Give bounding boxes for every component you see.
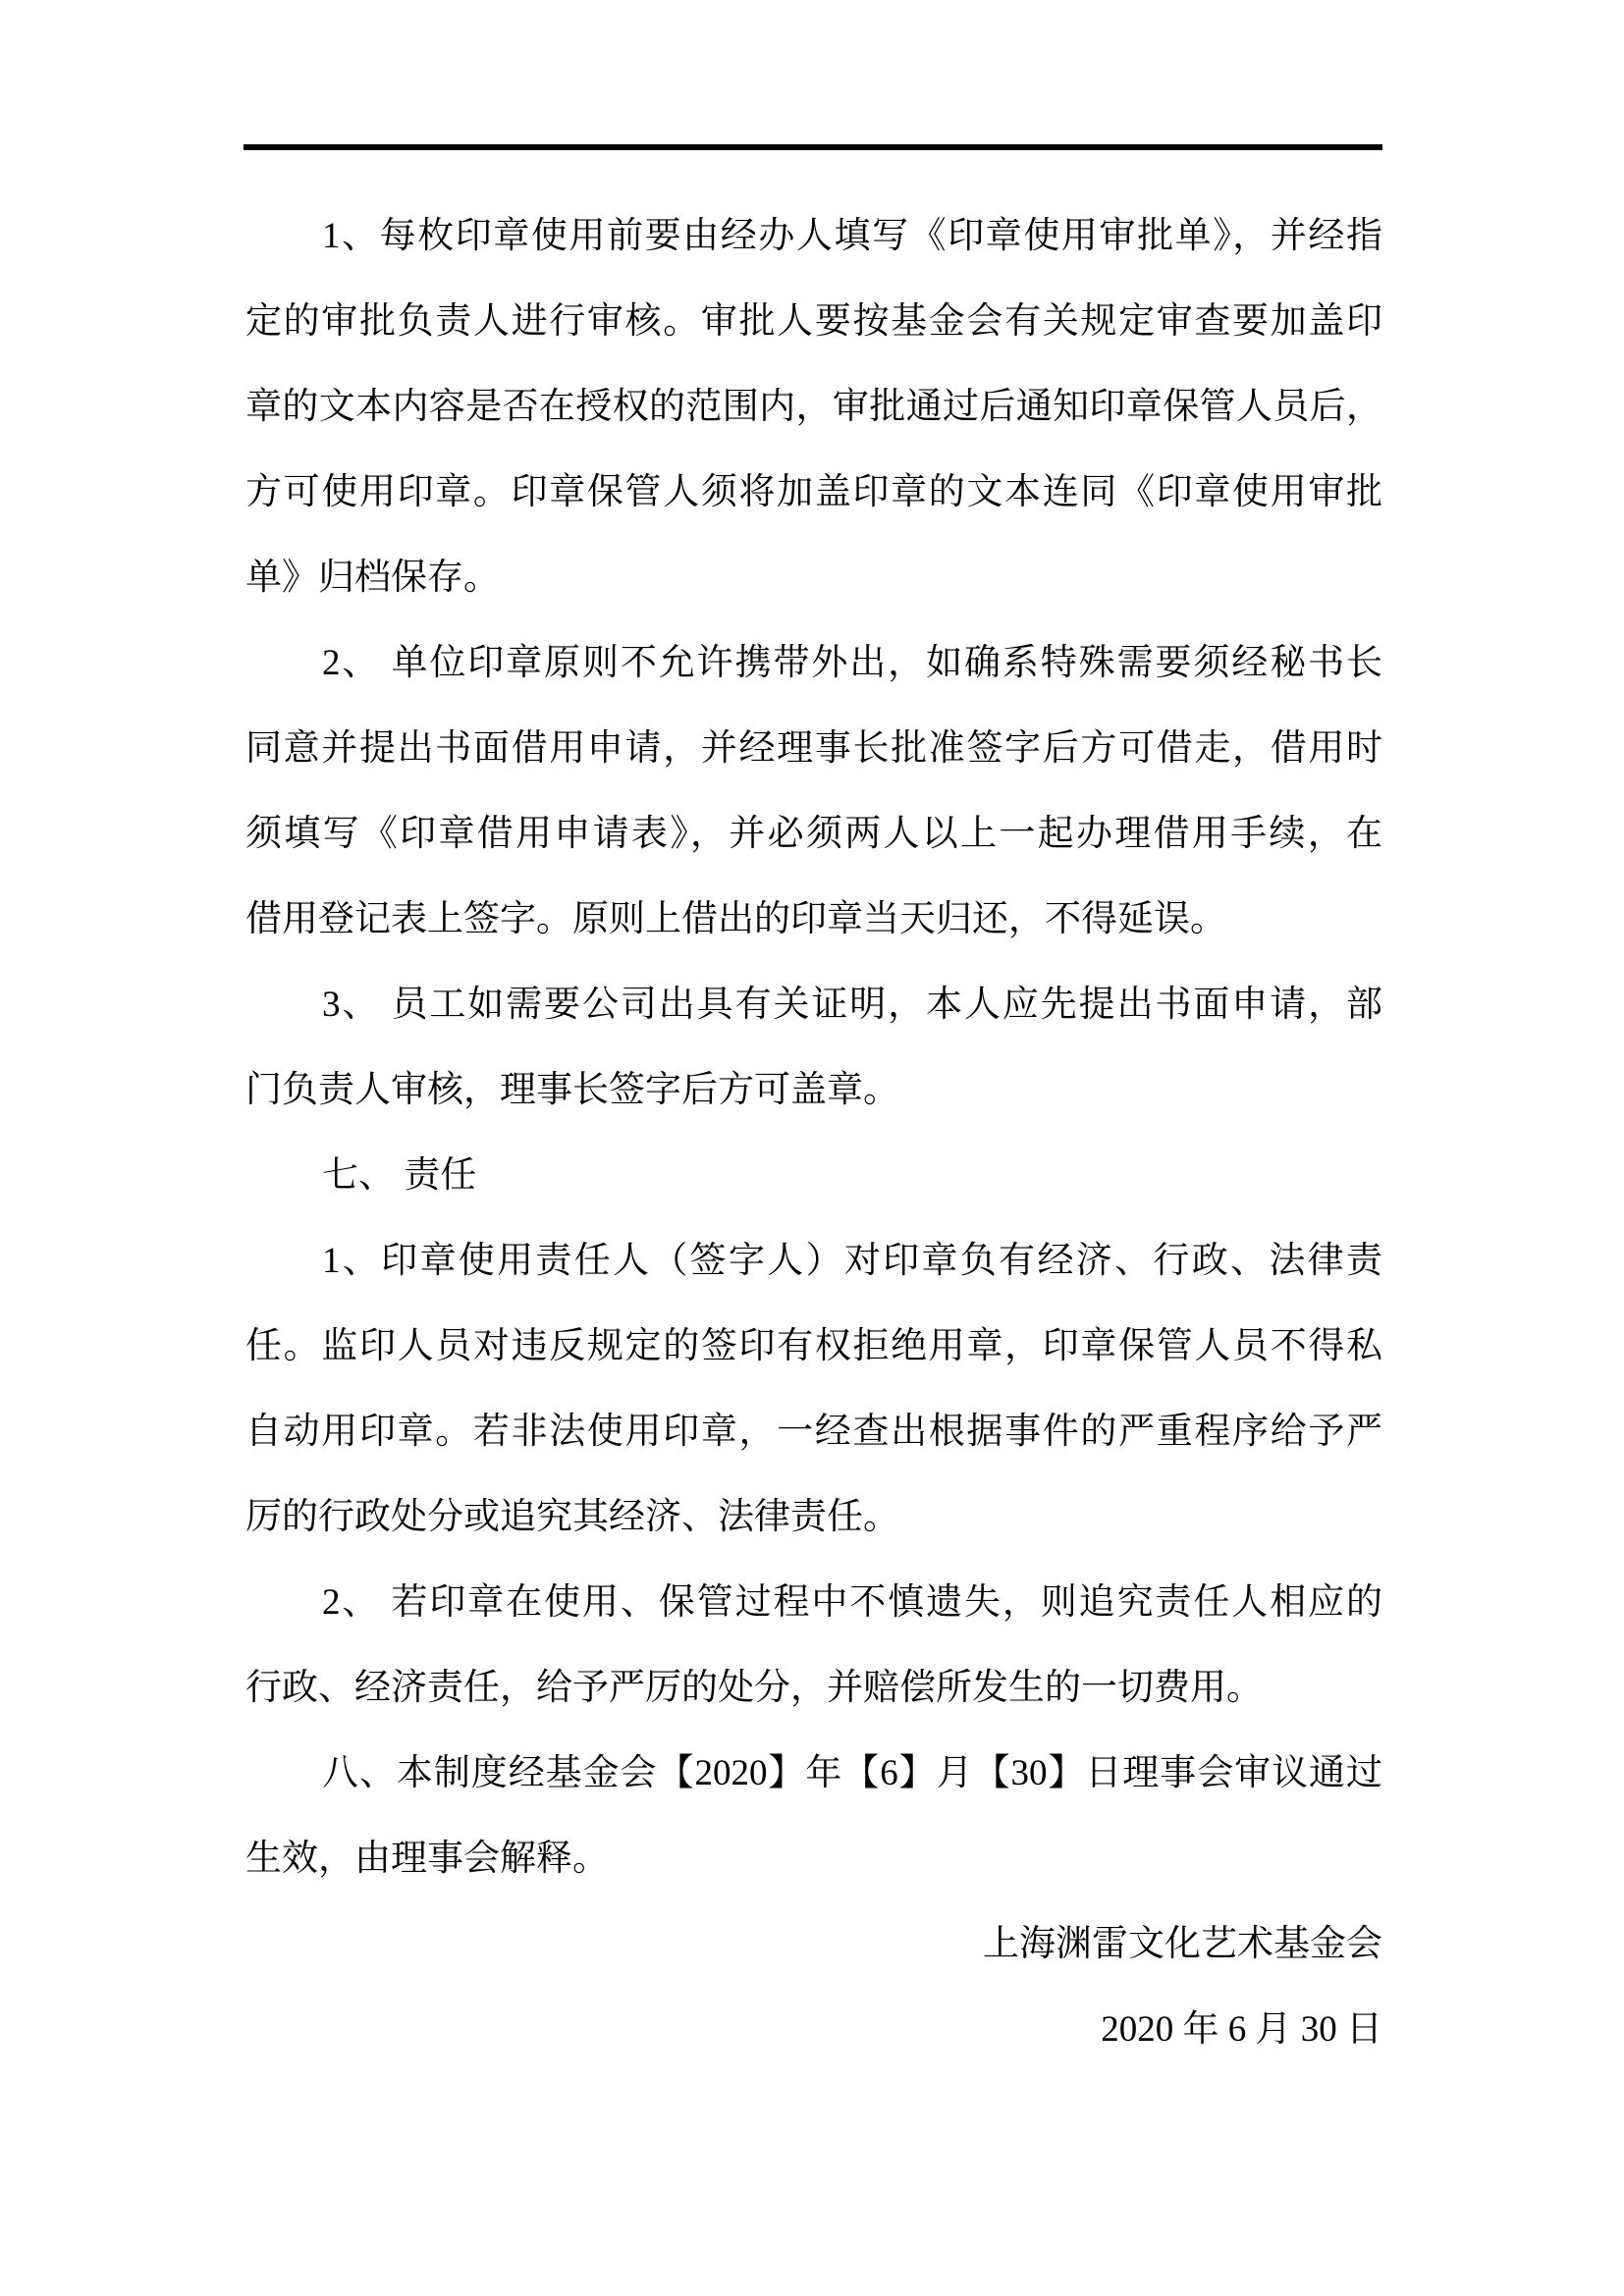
text-line: 2、 若印章在使用、保管过程中不慎遗失，则追究责任人相应的: [245, 1560, 1382, 1645]
text-line: 同意并提出书面借用申请，并经理事长批准签字后方可借走，借用时: [245, 706, 1382, 791]
text-line: 任。监印人员对违反规定的签印有权拒绝用章，印章保管人员不得私: [245, 1304, 1382, 1389]
signature-line: 上海渊雷文化艺术基金会: [245, 1901, 1382, 1987]
text-line: 自动用印章。若非法使用印章，一经查出根据事件的严重程序给予严: [245, 1389, 1382, 1474]
text-line: 行政、经济责任，给予严厉的处分，并赔偿所发生的一切费用。: [245, 1645, 1382, 1731]
section-heading: 七、 责任: [245, 1133, 1382, 1218]
header-separator-rule: [244, 144, 1382, 150]
date-line: 2020 年 6 月 30 日: [245, 1987, 1382, 2072]
text-line: 借用登记表上签字。原则上借出的印章当天归还，不得延误。: [245, 877, 1382, 962]
document-body: 1、每枚印章使用前要由经办人填写《印章使用审批单》，并经指 定的审批负责人进行审…: [245, 193, 1382, 2072]
text-line: 单》归档保存。: [245, 535, 1382, 620]
text-line: 1、每枚印章使用前要由经办人填写《印章使用审批单》，并经指: [245, 193, 1382, 279]
text-line: 2、 单位印章原则不允许携带外出，如确系特殊需要须经秘书长: [245, 620, 1382, 706]
text-line: 生效，由理事会解释。: [245, 1816, 1382, 1901]
text-line: 方可使用印章。印章保管人须将加盖印章的文本连同《印章使用审批: [245, 450, 1382, 535]
text-line: 1、印章使用责任人（签字人）对印章负有经济、行政、法律责: [245, 1218, 1382, 1304]
text-line: 八、本制度经基金会【2020】年【6】月【30】日理事会审议通过: [245, 1731, 1382, 1816]
text-line: 3、 员工如需要公司出具有关证明，本人应先提出书面申请，部: [245, 962, 1382, 1047]
text-line: 须填写《印章借用申请表》，并必须两人以上一起办理借用手续，在: [245, 791, 1382, 877]
text-line: 章的文本内容是否在授权的范围内，审批通过后通知印章保管人员后，: [245, 364, 1382, 450]
text-line: 厉的行政处分或追究其经济、法律责任。: [245, 1474, 1382, 1560]
text-line: 定的审批负责人进行审核。审批人要按基金会有关规定审查要加盖印: [245, 279, 1382, 364]
document-page: 1、每枚印章使用前要由经办人填写《印章使用审批单》，并经指 定的审批负责人进行审…: [0, 0, 1624, 2296]
text-line: 门负责人审核，理事长签字后方可盖章。: [245, 1047, 1382, 1133]
